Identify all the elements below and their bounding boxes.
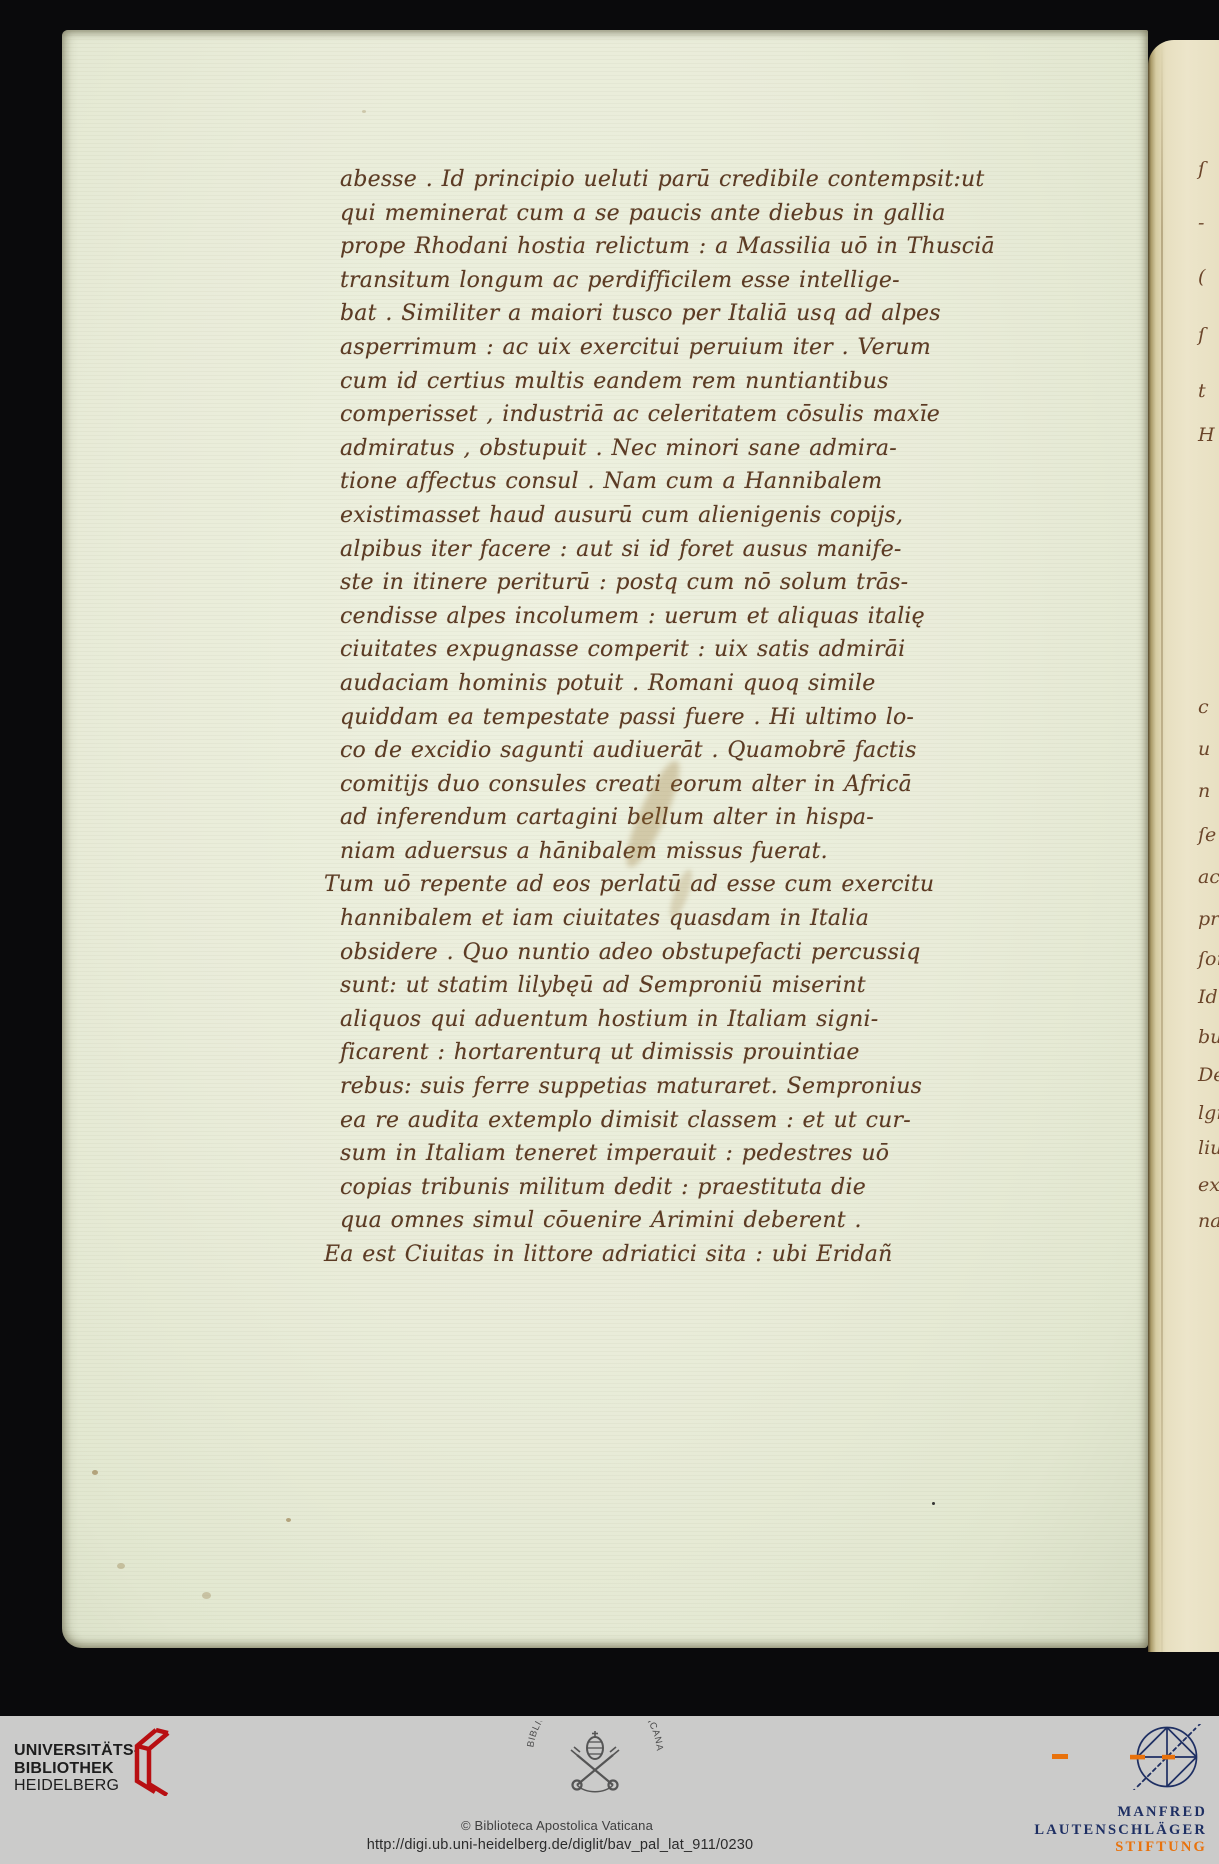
paper-speck bbox=[117, 1563, 125, 1569]
facing-page-fragment: ſe bbox=[1198, 824, 1216, 846]
mls-line1: MANFRED bbox=[1034, 1804, 1207, 1822]
manuscript-line: qui meminerat cum a se paucis ante diebu… bbox=[340, 197, 980, 231]
manuscript-line: co de excidio sagunti audiuerāt . Quamob… bbox=[340, 734, 980, 768]
facing-page-fragment: Id bbox=[1198, 986, 1218, 1008]
ub-logo-line3: HEIDELBERG bbox=[14, 1777, 139, 1795]
manuscript-line: cendisse alpes incolumem : uerum et aliq… bbox=[340, 600, 980, 634]
manuscript-line: bat . Similiter a maiori tusco per Itali… bbox=[340, 297, 980, 331]
manuscript-line: existimasset haud ausurū cum alienigenis… bbox=[340, 499, 980, 533]
manuscript-line: audaciam hominis potuit . Romani quoq si… bbox=[340, 667, 980, 701]
manuscript-line: copias tribunis militum dedit : praestit… bbox=[340, 1171, 980, 1205]
manuscript-line: niam aduersus a hānibalem missus fuerat. bbox=[340, 835, 980, 869]
facing-page-fragment: n bbox=[1198, 780, 1210, 802]
manuscript-line: obsidere . Quo nuntio adeo obstupefacti … bbox=[340, 936, 980, 970]
manuscript-line: cum id certius multis eandem rem nuntian… bbox=[340, 365, 980, 399]
mls-line3: STIFTUNG bbox=[1034, 1839, 1207, 1857]
facing-page-fragment: lgr bbox=[1198, 1102, 1219, 1124]
manuscript-line: aliquos qui aduentum hostium in Italiam … bbox=[340, 1003, 980, 1037]
footer-bar: UNIVERSITÄTS- BIBLIOTHEK HEIDELBERG BIBL… bbox=[0, 1716, 1219, 1864]
ub-logo-line1: UNIVERSITÄTS- bbox=[14, 1742, 139, 1760]
facing-page-fragment: u bbox=[1198, 738, 1210, 760]
manuscript-line: qua omnes simul cōuenire Arimini deberen… bbox=[340, 1204, 980, 1238]
vatican-keys-emblem-icon: BIBLIOTECA APOSTOLICA VATICANA bbox=[525, 1721, 665, 1819]
orange-dash bbox=[1052, 1754, 1068, 1759]
lautenschlaeger-logo: MANFRED LAUTENSCHLÄGER STIFTUNG bbox=[1034, 1804, 1207, 1857]
manuscript-line: tione affectus consul . Nam cum a Hannib… bbox=[340, 465, 980, 499]
ub-logo-line2: BIBLIOTHEK bbox=[14, 1760, 139, 1778]
manuscript-line: comperisset , industriā ac celeritatem c… bbox=[340, 398, 980, 432]
paper-speck bbox=[932, 1502, 935, 1505]
facing-page-fragment: na bbox=[1198, 1210, 1219, 1232]
facing-page-fragment: ac bbox=[1198, 866, 1219, 888]
facing-page-fragment: ſ bbox=[1198, 324, 1205, 346]
facing-page-fragment: Dei bbox=[1198, 1064, 1219, 1086]
manuscript-line: rebus: suis ferre suppetias maturaret. S… bbox=[340, 1070, 980, 1104]
manuscript-line: Ea est Ciuitas in littore adriatici sita… bbox=[324, 1238, 980, 1272]
manuscript-page: abesse . Id principio ueluti parū credib… bbox=[62, 30, 1148, 1648]
facing-page-fragment: liu bbox=[1198, 1137, 1219, 1159]
paper-speck bbox=[202, 1592, 211, 1599]
facing-page-fragment: ( bbox=[1198, 266, 1205, 288]
facing-page-fragment: ſor bbox=[1198, 948, 1219, 970]
scan-background: abesse . Id principio ueluti parū credib… bbox=[0, 0, 1219, 1864]
facing-page-fragment: bu bbox=[1198, 1026, 1219, 1048]
facing-page-fragment: t bbox=[1198, 380, 1206, 402]
facing-page-fragment: H bbox=[1198, 424, 1215, 446]
manuscript-line: Tum uō repente ad eos perlatū ad esse cu… bbox=[324, 868, 980, 902]
manuscript-line: asperrimum : ac uix exercitui peruium it… bbox=[340, 331, 980, 365]
manuscript-line: sum in Italiam teneret imperauit : pedes… bbox=[340, 1137, 980, 1171]
facing-page-fragment: c bbox=[1198, 696, 1209, 718]
source-url: http://digi.ub.uni-heidelberg.de/diglit/… bbox=[330, 1837, 790, 1853]
manuscript-line: quiddam ea tempestate passi fuere . Hi u… bbox=[340, 701, 980, 735]
lautenschlaeger-globe-icon bbox=[1126, 1724, 1206, 1790]
facing-page-fragment: - bbox=[1198, 212, 1204, 234]
manuscript-line: hannibalem et iam ciuitates quasdam in I… bbox=[340, 902, 980, 936]
manuscript-line: ste in itinere periturū : postq cum nō s… bbox=[340, 566, 980, 600]
facing-page-fragment: ex bbox=[1198, 1174, 1219, 1196]
manuscript-line: admiratus , obstupuit . Nec minori sane … bbox=[340, 432, 980, 466]
manuscript-line: prope Rhodani hostia relictum : a Massil… bbox=[340, 230, 980, 264]
manuscript-line: ficarent : hortarenturq ut dimissis prou… bbox=[340, 1036, 980, 1070]
paper-speck bbox=[92, 1470, 98, 1475]
manuscript-line: abesse . Id principio ueluti parū credib… bbox=[340, 163, 980, 197]
facing-page-fragment: ſ bbox=[1198, 158, 1205, 180]
paper-speck bbox=[362, 110, 366, 113]
manuscript-text: abesse . Id principio ueluti parū credib… bbox=[340, 163, 980, 1272]
ub-heidelberg-book-icon bbox=[122, 1726, 172, 1796]
manuscript-line: alpibus iter facere : aut si id foret au… bbox=[340, 533, 980, 567]
manuscript-line: ea re audita extemplo dimisit classem : … bbox=[340, 1104, 980, 1138]
facing-page-edge: ſ-(ſtHcunſeacprſorIdbuDeilgrliuexna bbox=[1148, 40, 1219, 1652]
paper-speck bbox=[286, 1518, 291, 1522]
vatican-copyright: © Biblioteca Apostolica Vaticana bbox=[407, 1818, 707, 1833]
manuscript-line: ciuitates expugnasse comperit : uix sati… bbox=[340, 633, 980, 667]
mls-line2: LAUTENSCHLÄGER bbox=[1034, 1822, 1207, 1840]
ub-heidelberg-logo: UNIVERSITÄTS- BIBLIOTHEK HEIDELBERG bbox=[14, 1742, 139, 1795]
manuscript-line: sunt: ut statim lilybęū ad Semproniū mis… bbox=[340, 969, 980, 1003]
manuscript-line: transitum longum ac perdifficilem esse i… bbox=[340, 264, 980, 298]
facing-page-fragment: pr bbox=[1198, 908, 1219, 930]
